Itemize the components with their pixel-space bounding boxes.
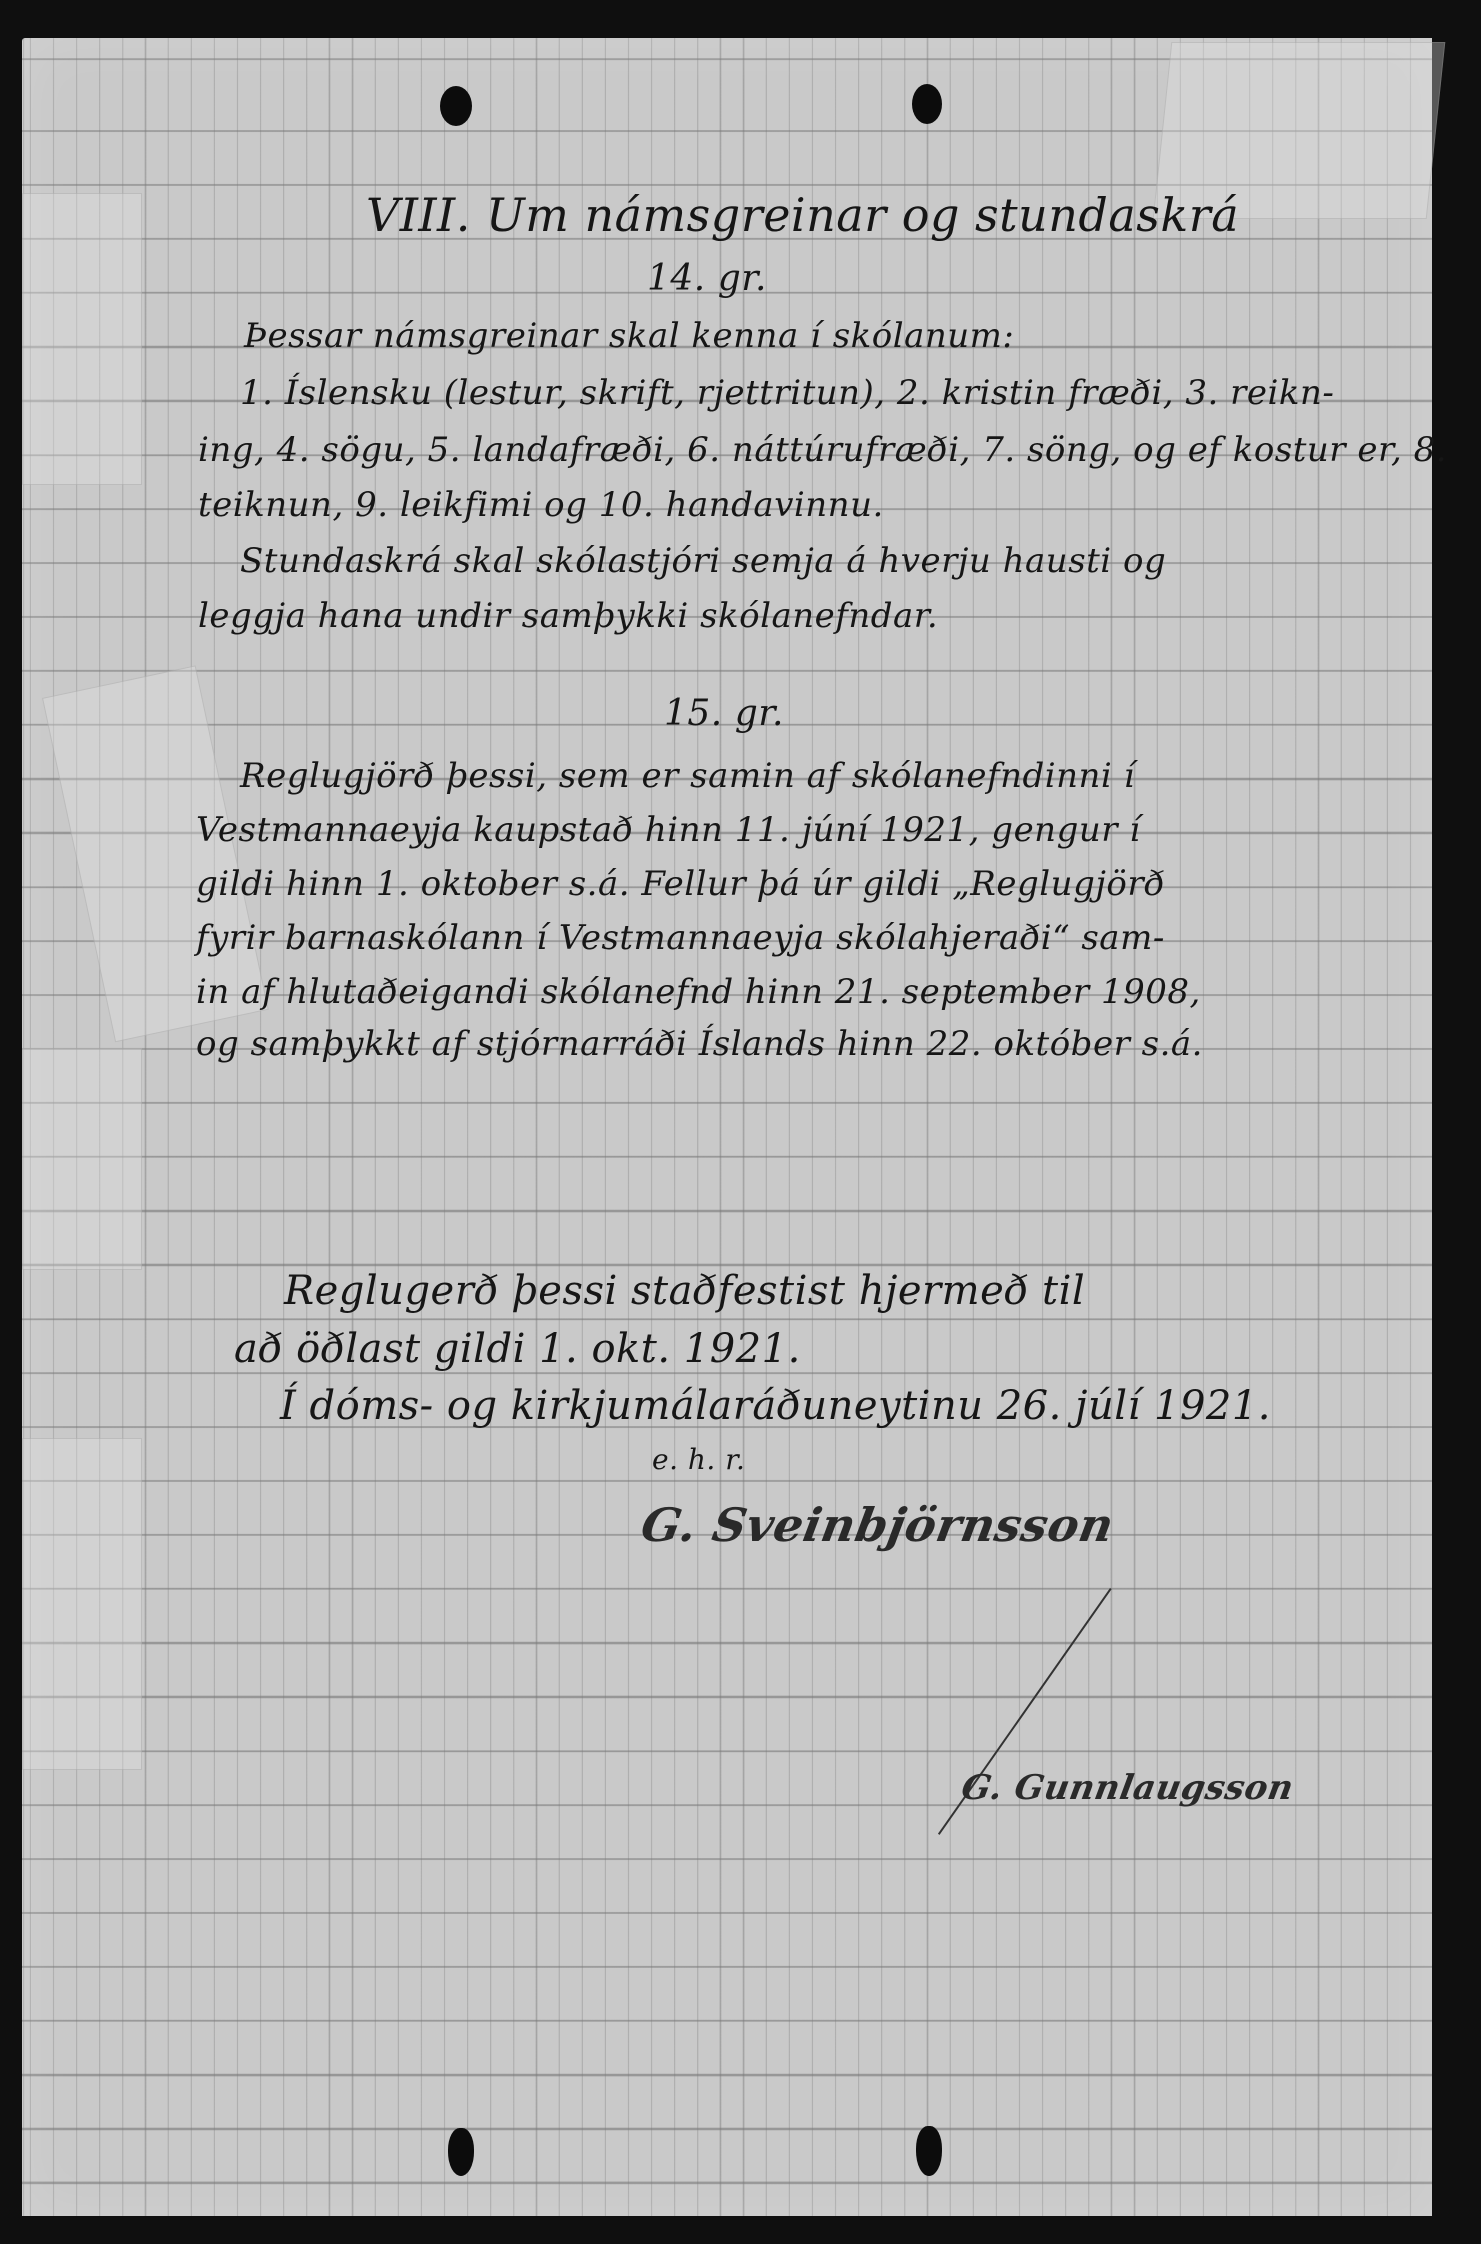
- section-15-line-4: fyrir barnaskólann í Vestmannaeyja skóla…: [196, 918, 1165, 958]
- tape-repair-left-3: [22, 1048, 142, 1270]
- section-15-line-3: gildi hinn 1. oktober s.á. Fellur þá úr …: [196, 864, 1165, 904]
- punch-hole-top-right: [912, 84, 942, 124]
- section-14-line-1: Þessar námsgreinar skal kenna í skólanum…: [244, 316, 1014, 356]
- certification-line-3: Í dóms- og kirkjumálaráðuneytinu 26. júl…: [280, 1383, 1271, 1429]
- document-page: VIII. Um námsgreinar og stundaskrá 14. g…: [22, 38, 1432, 2216]
- certification-line-1: Reglugerð þessi staðfestist hjermeð til: [284, 1268, 1085, 1314]
- section-15-line-6: og samþykkt af stjórnarráði Íslands hinn…: [196, 1024, 1203, 1064]
- section-15-line-2: Vestmannaeyja kaupstað hinn 11. júní 192…: [196, 810, 1141, 850]
- section-14-line-5: Stundaskrá skal skólastjóri semja á hver…: [240, 541, 1166, 581]
- section-14-line-3: ing, 4. sögu, 5. landafræði, 6. náttúruf…: [198, 430, 1447, 470]
- section-heading-15: 15. gr.: [664, 693, 784, 734]
- tape-repair-left-4: [22, 1438, 142, 1770]
- punch-hole-top-left: [440, 86, 472, 126]
- certification-line-2: að öðlast gildi 1. okt. 1921.: [234, 1326, 801, 1372]
- chapter-title: VIII. Um námsgreinar og stundaskrá: [366, 188, 1239, 242]
- tape-repair-left-1: [22, 193, 142, 485]
- section-15-line-5: in af hlutaðeigandi skólanefnd hinn 21. …: [196, 972, 1201, 1012]
- section-14-line-6: leggja hana undir samþykki skólanefndar.: [198, 596, 938, 636]
- abbreviation-e-h-r: e. h. r.: [652, 1443, 745, 1476]
- signature-sveinbjornsson: G. Sveinbjörnsson: [637, 1498, 1118, 1552]
- punch-hole-bottom-left: [448, 2128, 474, 2176]
- section-14-line-4: teiknun, 9. leikfimi og 10. handavinnu.: [198, 485, 884, 525]
- punch-hole-bottom-right: [916, 2126, 942, 2176]
- section-15-line-1: Reglugjörð þessi, sem er samin af skólan…: [240, 756, 1135, 796]
- signature-gunnlaugsson: G. Gunnlaugsson: [958, 1768, 1296, 1808]
- section-14-line-2: 1. Íslensku (lestur, skrift, rjettritun)…: [240, 373, 1334, 413]
- section-heading-14: 14. gr.: [647, 258, 767, 299]
